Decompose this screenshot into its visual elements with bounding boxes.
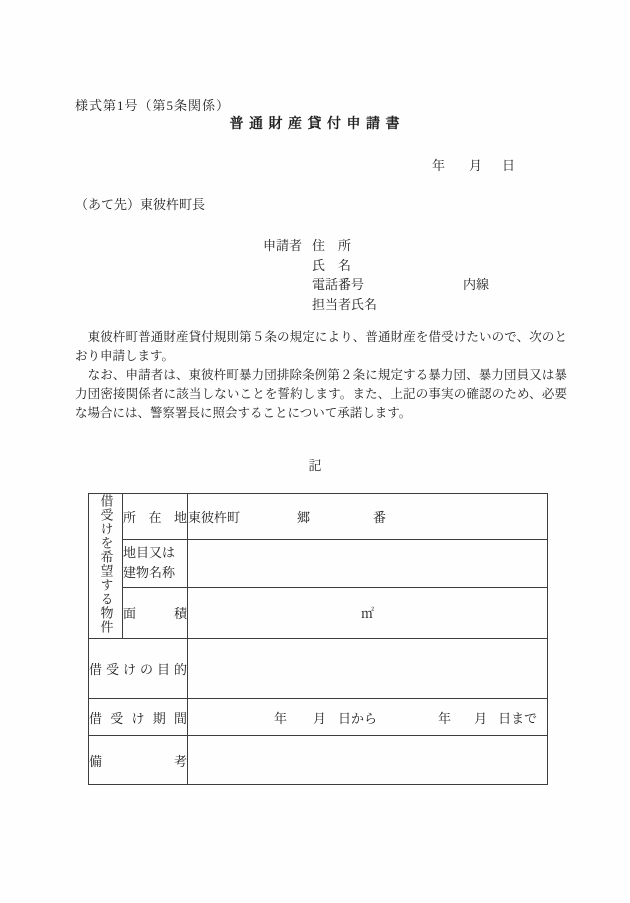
location-row: 借受けを希望する物件 所在地 東彼杵町郷番 bbox=[89, 494, 548, 540]
area-row: 面積 ㎡ bbox=[89, 587, 548, 638]
applicant-label: 申請者 bbox=[263, 236, 312, 256]
area-label-cell: 面積 bbox=[123, 587, 188, 638]
addressee: （あて先）東彼杵町長 bbox=[75, 194, 205, 213]
land-type-label-line2: 建物名称 bbox=[123, 565, 175, 580]
land-type-value-cell bbox=[188, 539, 548, 587]
record-mark: 記 bbox=[75, 455, 555, 474]
applicant-label-spacer bbox=[263, 295, 312, 315]
location-label-cell: 所在地 bbox=[123, 494, 188, 540]
period-value-cell: 年月日から年月日まで bbox=[188, 699, 548, 736]
applicant-name-line: 氏 名 bbox=[263, 256, 489, 276]
location-value-cell: 東彼杵町郷番 bbox=[188, 494, 548, 540]
extension-label: 内線 bbox=[463, 275, 489, 295]
period-row: 借受け期間 年月日から年月日まで bbox=[89, 699, 548, 736]
applicant-label-spacer bbox=[263, 256, 312, 276]
land-type-label-line1: 地目又は bbox=[123, 545, 175, 560]
lease-application-table: 借受けを希望する物件 所在地 東彼杵町郷番 地目又は 建物名称 面積 ㎡ bbox=[88, 493, 548, 785]
property-group-label: 借受けを希望する物件 bbox=[91, 494, 121, 634]
name-label: 氏 名 bbox=[312, 256, 351, 276]
remarks-row: 備考 bbox=[89, 736, 548, 785]
page-title: 普 通 財 産 貸 付 申 請 書 bbox=[75, 113, 555, 133]
period-from-month-label: 月 bbox=[313, 711, 326, 726]
location-town: 東彼杵町 bbox=[188, 510, 240, 525]
location-ban-label: 番 bbox=[373, 510, 386, 525]
remarks-label-cell: 備考 bbox=[89, 736, 188, 785]
area-value-cell: ㎡ bbox=[188, 587, 548, 638]
land-type-row: 地目又は 建物名称 bbox=[89, 539, 548, 587]
date-day-label: 日 bbox=[502, 158, 515, 173]
purpose-label-cell: 借受けの目的 bbox=[89, 639, 188, 699]
period-to-year-label: 年 bbox=[438, 711, 451, 726]
period-from-day-label: 日から bbox=[338, 711, 377, 726]
applicant-phone-line: 電話番号 内線 bbox=[263, 275, 489, 295]
document-page: 様式第1号（第5条関係） 普 通 財 産 貸 付 申 請 書 年月日 （あて先）… bbox=[0, 0, 630, 903]
purpose-row: 借受けの目的 bbox=[89, 639, 548, 699]
applicant-address-line: 申請者 住 所 bbox=[263, 236, 489, 256]
property-group-header-cell: 借受けを希望する物件 bbox=[89, 494, 123, 639]
body-text: 東彼杵町普通財産貸付規則第５条の規定により、普通財産を借受けたいので、次のとおり… bbox=[75, 328, 567, 423]
period-to-month-label: 月 bbox=[474, 711, 487, 726]
contact-person-label: 担当者氏名 bbox=[312, 295, 377, 315]
remarks-value-cell bbox=[188, 736, 548, 785]
period-label-cell: 借受け期間 bbox=[89, 699, 188, 736]
applicant-contact-line: 担当者氏名 bbox=[263, 295, 489, 315]
area-unit-label: ㎡ bbox=[361, 606, 374, 621]
phone-label: 電話番号 bbox=[312, 275, 364, 295]
land-type-label-cell: 地目又は 建物名称 bbox=[123, 539, 188, 587]
date-year-label: 年 bbox=[432, 158, 445, 173]
date-month-label: 月 bbox=[469, 158, 482, 173]
location-go-label: 郷 bbox=[297, 510, 310, 525]
applicant-label-spacer bbox=[263, 275, 312, 295]
body-paragraph-2: なお、申請者は、東彼杵町暴力団排除条例第２条に規定する暴力団、暴力団員又は暴力団… bbox=[75, 366, 567, 423]
period-from-year-label: 年 bbox=[274, 711, 287, 726]
address-label: 住 所 bbox=[312, 236, 351, 256]
date-line: 年月日 bbox=[432, 155, 515, 174]
form-number: 様式第1号（第5条関係） bbox=[75, 95, 230, 114]
period-to-day-label: 日まで bbox=[498, 711, 537, 726]
body-paragraph-1: 東彼杵町普通財産貸付規則第５条の規定により、普通財産を借受けたいので、次のとおり… bbox=[75, 328, 567, 366]
applicant-block: 申請者 住 所 氏 名 電話番号 内線 担当者氏名 bbox=[263, 236, 489, 314]
purpose-value-cell bbox=[188, 639, 548, 699]
